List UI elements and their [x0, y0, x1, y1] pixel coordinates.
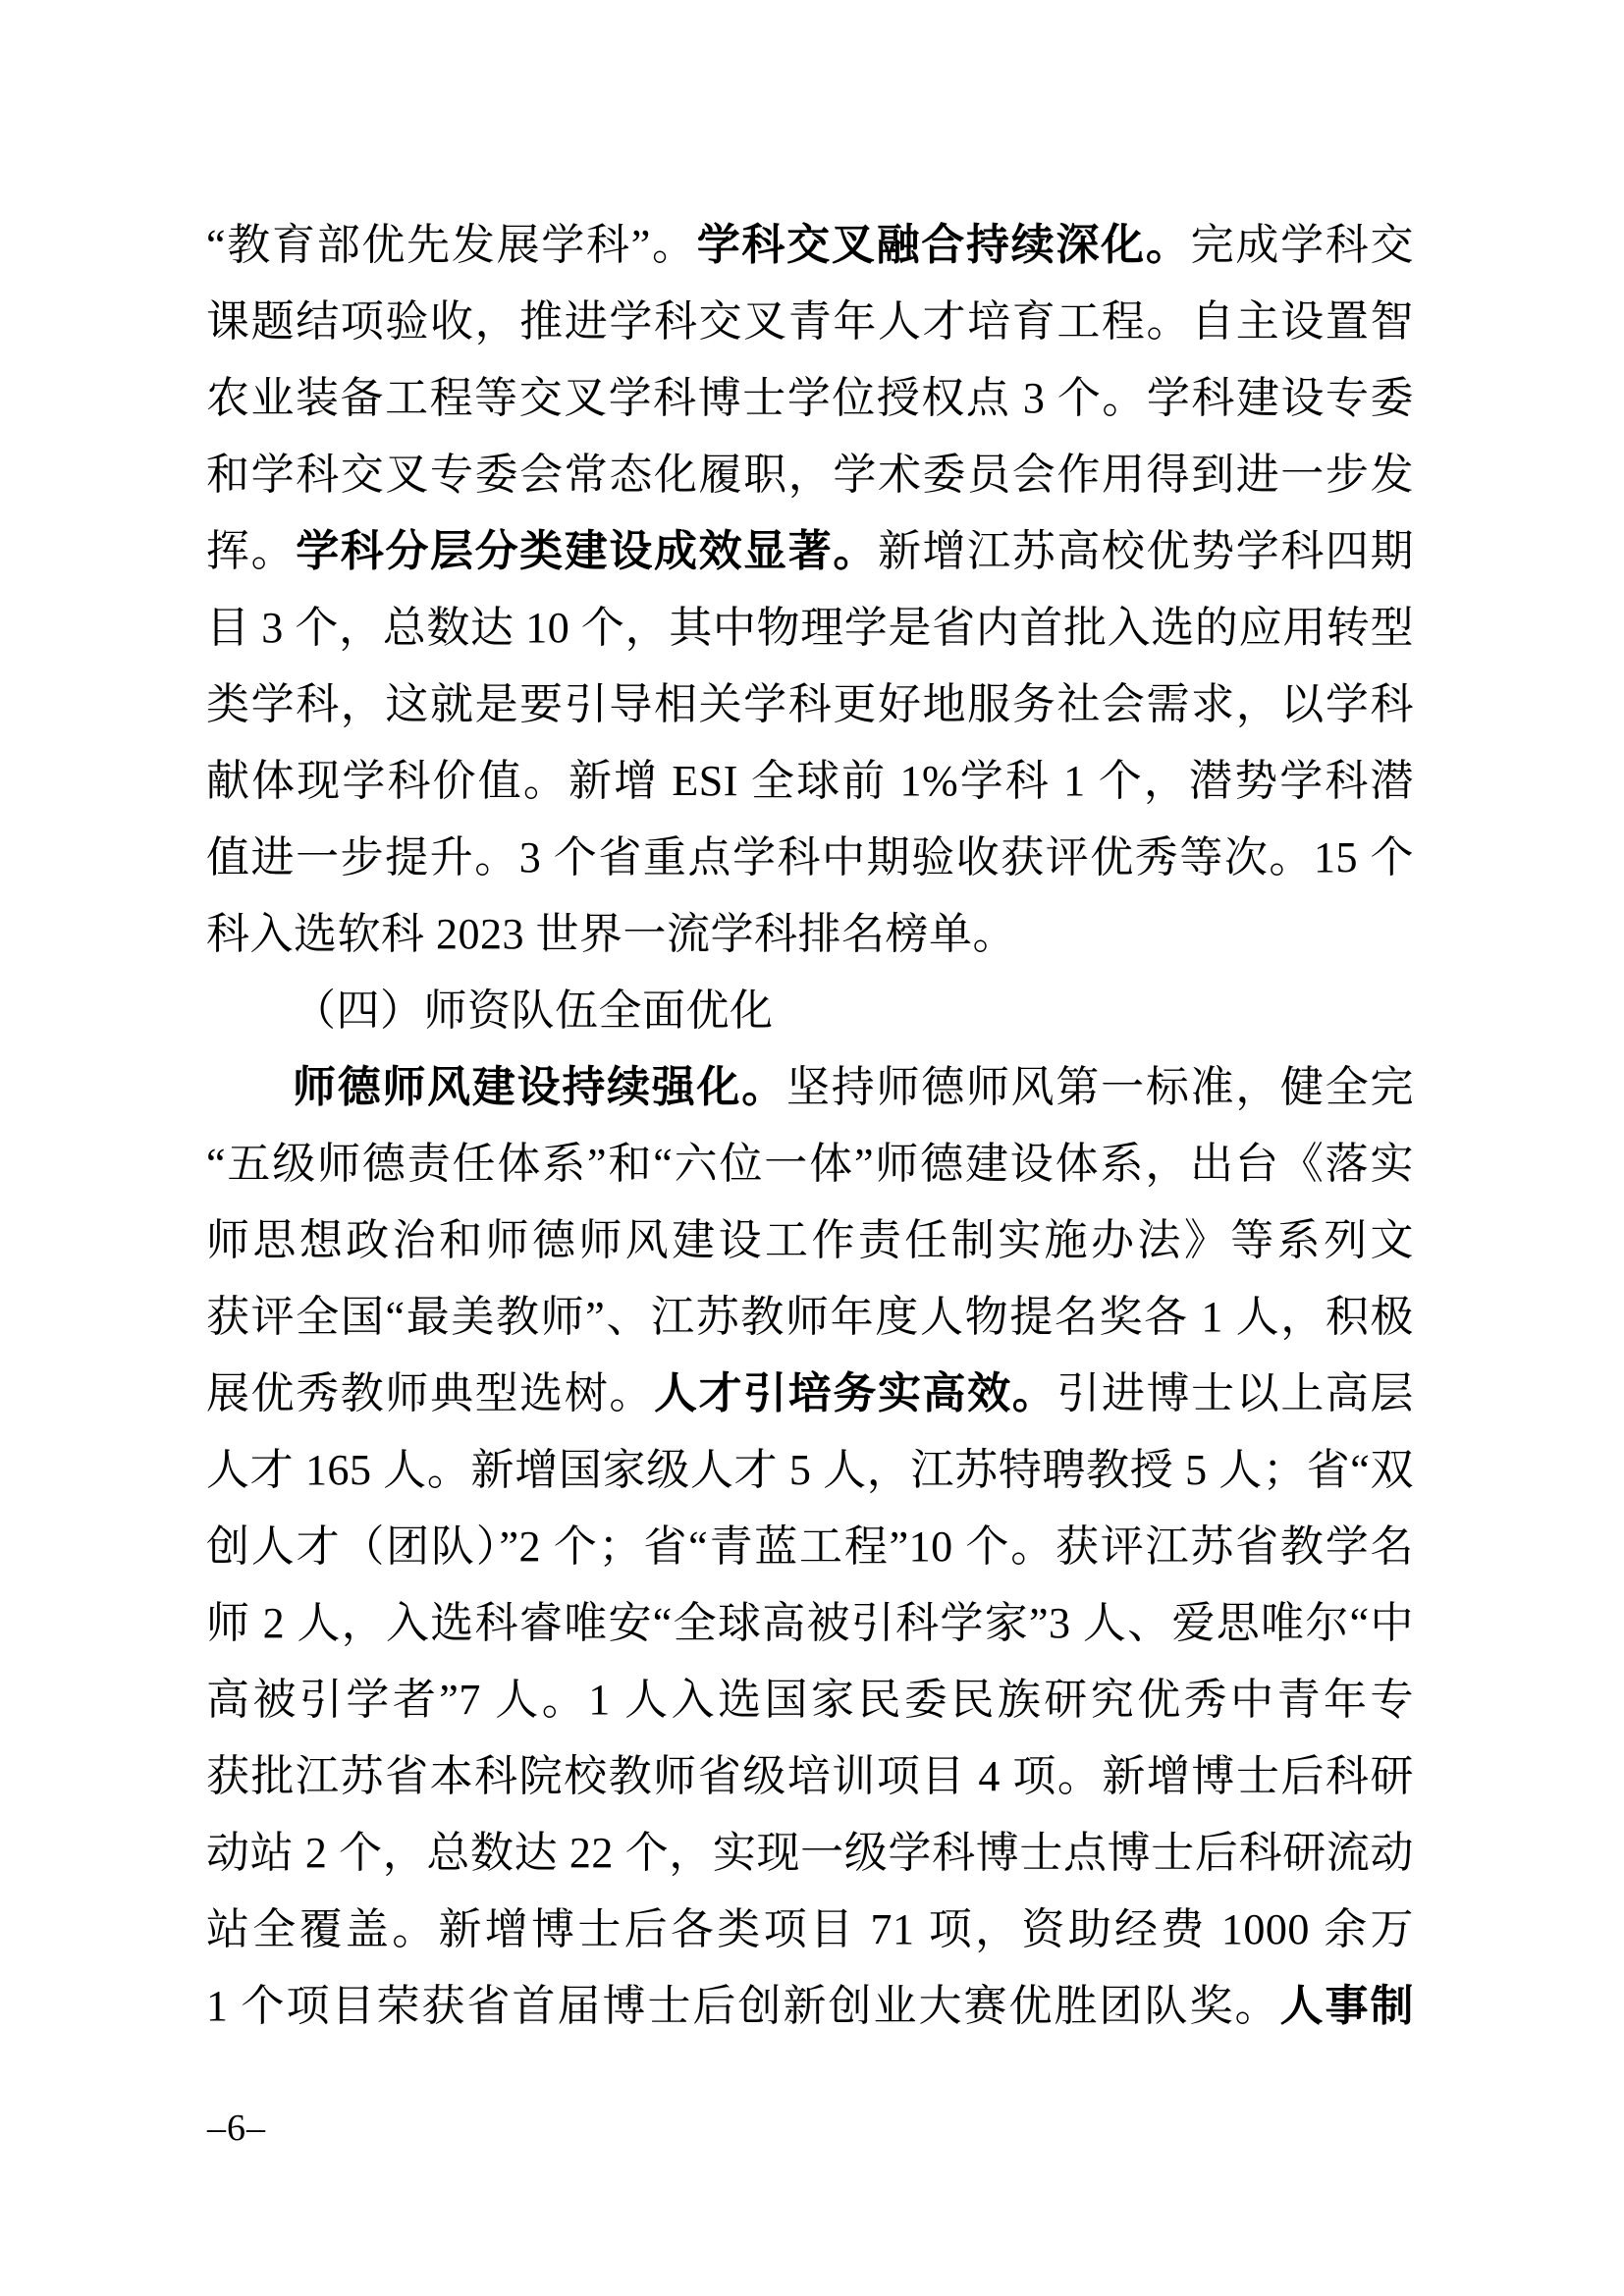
- text-segment: 目 3 个，总数达 10 个，其中物理学是省内首批入选的应用转型: [206, 604, 1414, 652]
- text-segment: 献体现学科价值。新增 ESI 全球前 1%学科 1 个，潜势学科潜力: [206, 757, 1414, 820]
- text-line: 类学科，这就是要引导相关学科更好地服务社会需求，以学科贡: [206, 667, 1414, 743]
- text-segment: 人才 165 人。新增国家级人才 5 人，江苏特聘教授 5 人；省“双: [206, 1446, 1414, 1494]
- text-line: 展优秀教师典型选树。人才引培务实高效。引进博士以上高层次: [206, 1356, 1414, 1432]
- text-segment: 师 2 人，入选科睿唯安“全球高被引科学家”3 人、爱思唯尔“中国: [206, 1599, 1414, 1662]
- bold-text-segment: 人才引培务实高效。: [654, 1369, 1056, 1417]
- bold-text-segment: 学科交叉融合持续深化。: [697, 221, 1191, 269]
- page-number: –6–: [207, 2107, 266, 2150]
- text-segment: “五级师德责任体系”和“六位一体”师德建设体系，出台《落实教: [206, 1140, 1414, 1202]
- text-segment: 动站 2 个，总数达 22 个，实现一级学科博士点博士后科研流动: [206, 1829, 1414, 1877]
- text-line: （四）师资队伍全面优化: [206, 973, 1414, 1049]
- text-segment: 1 个项目荣获省首届博士后创新创业大赛优胜团队奖。: [206, 1982, 1280, 2030]
- bold-text-segment: 学科分层分类建设成效显著。: [296, 527, 878, 575]
- text-line: 和学科交叉专委会常态化履职，学术委员会作用得到进一步发: [206, 437, 1414, 513]
- text-line: “五级师德责任体系”和“六位一体”师德建设体系，出台《落实教: [206, 1126, 1414, 1202]
- text-line: 科入选软科 2023 世界一流学科排名榜单。: [206, 896, 1414, 973]
- text-line: 创人才（团队）”2 个；省“青蓝工程”10 个。获评江苏省教学名: [206, 1509, 1414, 1585]
- text-segment: 获批江苏省本科院校教师省级培训项目 4 项。新增博士后科研流: [206, 1752, 1414, 1815]
- document-page: “教育部优先发展学科”。学科交叉融合持续深化。完成学科交叉课题结项验收，推进学科…: [0, 0, 1624, 2296]
- text-segment: 师思想政治和师德师风建设工作责任制实施办法》等系列文件。: [206, 1216, 1414, 1279]
- text-line: 动站 2 个，总数达 22 个，实现一级学科博士点博士后科研流动: [206, 1815, 1414, 1892]
- text-line: 师思想政治和师德师风建设工作责任制实施办法》等系列文件。: [206, 1202, 1414, 1279]
- text-segment: （四）师资队伍全面优化: [293, 987, 774, 1035]
- text-segment: “教育部优先发展学科”。: [206, 221, 697, 269]
- text-line: 获评全国“最美教师”、江苏教师年度人物提名奖各 1 人，积极开: [206, 1279, 1414, 1356]
- text-line: 人才 165 人。新增国家级人才 5 人，江苏特聘教授 5 人；省“双: [206, 1432, 1414, 1509]
- text-line: 目 3 个，总数达 10 个，其中物理学是省内首批入选的应用转型: [206, 590, 1414, 667]
- text-line: 献体现学科价值。新增 ESI 全球前 1%学科 1 个，潜势学科潜力: [206, 743, 1414, 820]
- text-segment: 展优秀教师典型选树。: [206, 1369, 654, 1417]
- text-segment: 值进一步提升。3 个省重点学科中期验收获评优秀等次。15 个学: [206, 833, 1414, 896]
- text-line: 获批江苏省本科院校教师省级培训项目 4 项。新增博士后科研流: [206, 1738, 1414, 1815]
- text-line: 高被引学者”7 人。1 人入选国家民委民族研究优秀中青年专家。: [206, 1662, 1414, 1738]
- text-line: 值进一步提升。3 个省重点学科中期验收获评优秀等次。15 个学: [206, 820, 1414, 896]
- text-line: 挥。学科分层分类建设成效显著。新增江苏高校优势学科四期项: [206, 513, 1414, 590]
- text-segment: 创人才（团队）”2 个；省“青蓝工程”10 个。获评江苏省教学名: [206, 1522, 1414, 1571]
- text-segment: 类学科，这就是要引导相关学科更好地服务社会需求，以学科贡: [206, 680, 1414, 743]
- text-segment: 农业装备工程等交叉学科博士学位授权点 3 个。学科建设专委会: [206, 374, 1414, 437]
- text-line: 课题结项验收，推进学科交叉青年人才培育工程。自主设置智能: [206, 284, 1414, 360]
- text-line: 师德师风建设持续强化。坚持师德师风第一标准，健全完善: [206, 1049, 1414, 1126]
- text-segment: 挥。: [206, 527, 296, 575]
- text-segment: 站全覆盖。新增博士后各类项目 71 项，资助经费 1000 余万元。: [206, 1905, 1414, 1968]
- text-segment: 高被引学者”7 人。1 人入选国家民委民族研究优秀中青年专家。: [206, 1676, 1414, 1738]
- text-line: 农业装备工程等交叉学科博士学位授权点 3 个。学科建设专委会: [206, 360, 1414, 437]
- text-line: 师 2 人，入选科睿唯安“全球高被引科学家”3 人、爱思唯尔“中国: [206, 1585, 1414, 1662]
- text-segment: 获评全国“最美教师”、江苏教师年度人物提名奖各 1 人，积极开: [206, 1293, 1414, 1356]
- text-block: “教育部优先发展学科”。学科交叉融合持续深化。完成学科交叉课题结项验收，推进学科…: [206, 207, 1414, 2045]
- text-line: 1 个项目荣获省首届博士后创新创业大赛优胜团队奖。人事制度: [206, 1968, 1414, 2045]
- text-line: 站全覆盖。新增博士后各类项目 71 项，资助经费 1000 余万元。: [206, 1892, 1414, 1968]
- bold-text-segment: 师德师风建设持续强化。: [293, 1063, 786, 1111]
- text-segment: 课题结项验收，推进学科交叉青年人才培育工程。自主设置智能: [206, 297, 1414, 360]
- text-segment: 科入选软科 2023 世界一流学科排名榜单。: [206, 910, 1016, 958]
- text-segment: 和学科交叉专委会常态化履职，学术委员会作用得到进一步发: [206, 451, 1414, 499]
- text-line: “教育部优先发展学科”。学科交叉融合持续深化。完成学科交叉: [206, 207, 1414, 284]
